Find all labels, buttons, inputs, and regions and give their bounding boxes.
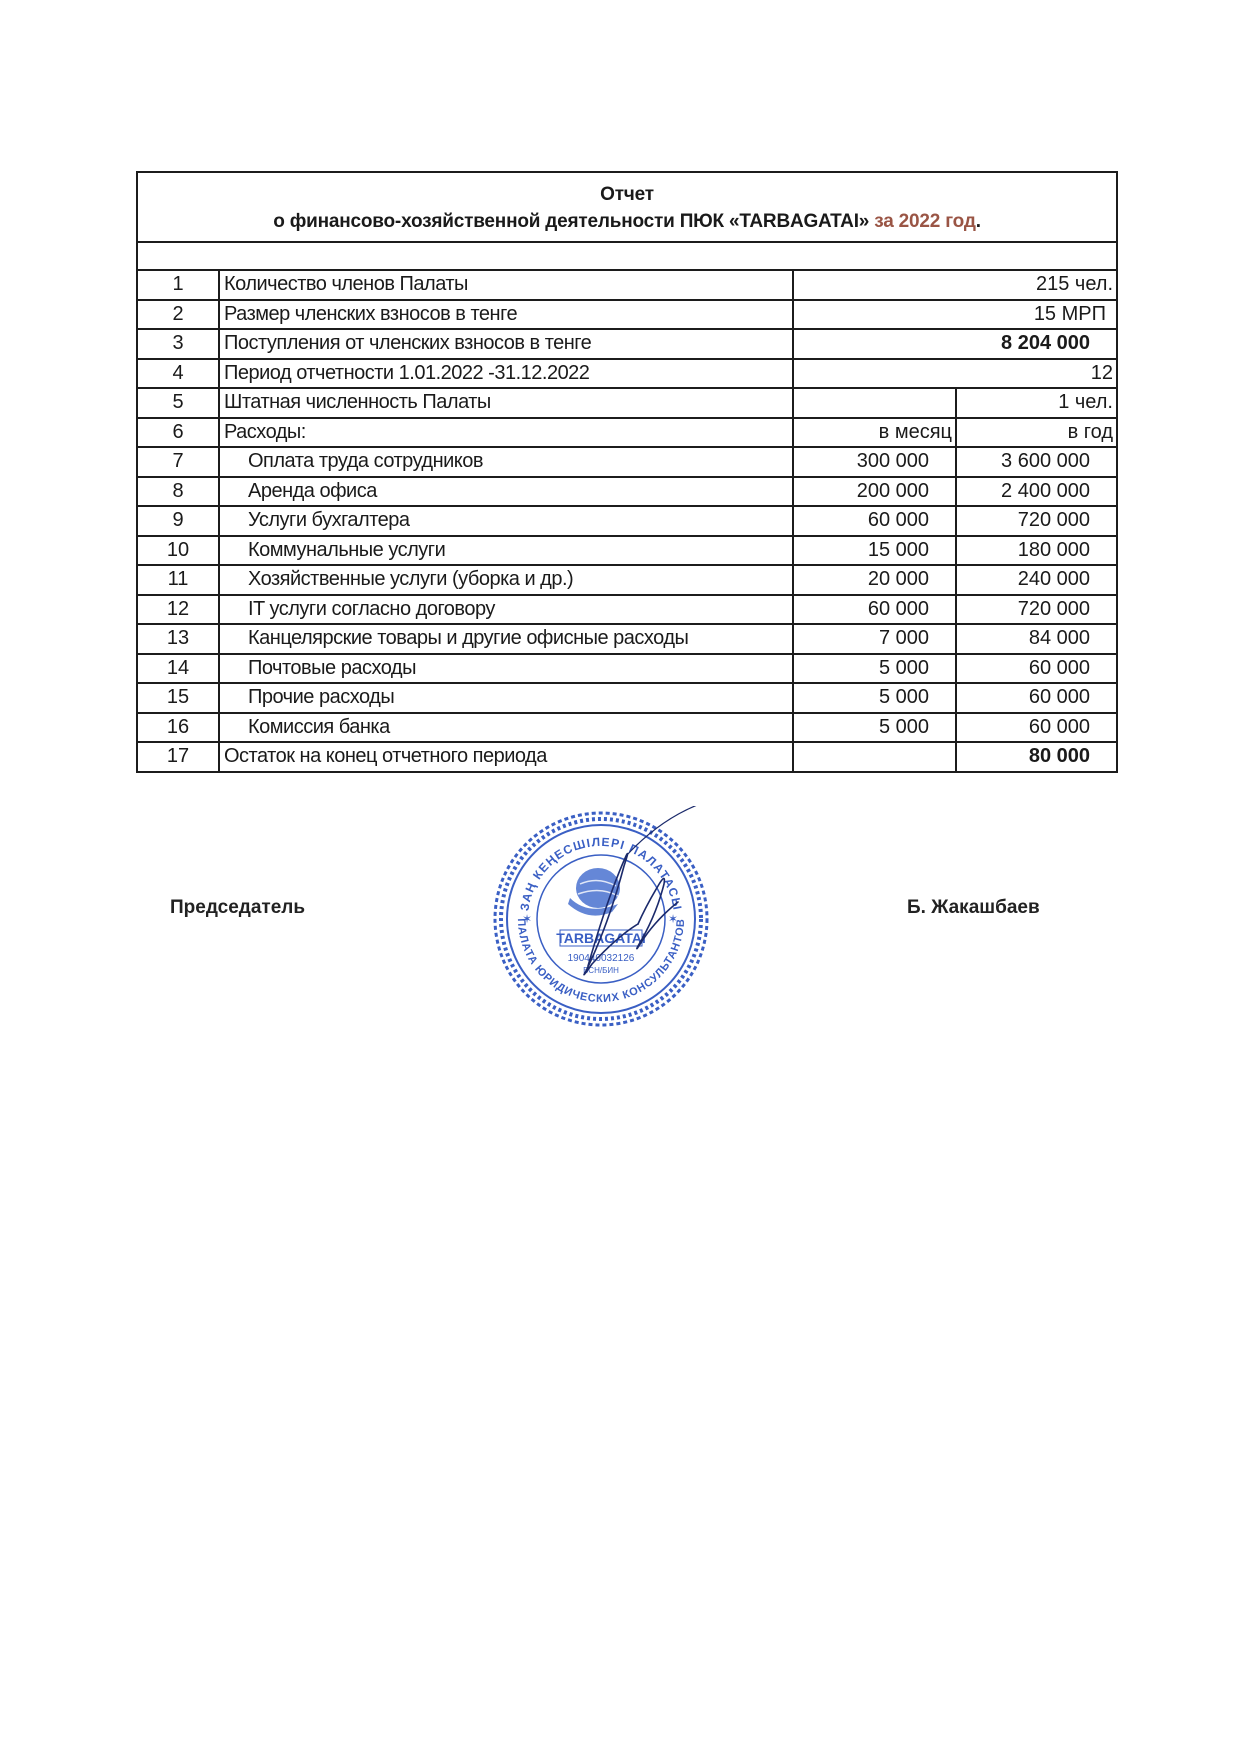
row-year-value: 180 000: [956, 536, 1117, 566]
table-row: 5 Штатная численность Палаты 1 чел.: [137, 388, 1117, 418]
row-number: 13: [137, 624, 219, 654]
row-month-value: 5 000: [793, 683, 956, 713]
row-month-value: 200 000: [793, 477, 956, 507]
title-period: .: [976, 211, 981, 232]
table-row: 4 Период отчетности 1.01.2022 -31.12.202…: [137, 359, 1117, 389]
row-month-value: 20 000: [793, 565, 956, 595]
row-number: 6: [137, 418, 219, 448]
row-month-value: 7 000: [793, 624, 956, 654]
row-label: Штатная численность Палаты: [219, 388, 793, 418]
row-month-value: 60 000: [793, 506, 956, 536]
signatory-position: Председатель: [170, 897, 305, 919]
title-year-accent: за 2022 год: [869, 211, 976, 232]
row-label: Размер членских взносов в тенге: [219, 300, 793, 330]
financial-report-table: Отчет о финансово-хозяйственной деятельн…: [136, 171, 1118, 773]
row-year-value: 720 000: [956, 506, 1117, 536]
row-year-value: 3 600 000: [956, 447, 1117, 477]
row-month-value: [793, 742, 956, 772]
row-month-value: [793, 388, 956, 418]
title-line-2: о финансово-хозяйственной деятельности П…: [142, 208, 1112, 235]
row-label: Хозяйственные услуги (уборка и др.): [219, 565, 793, 595]
table-row: 7 Оплата труда сотрудников 300 000 3 600…: [137, 447, 1117, 477]
table-row: 8 Аренда офиса 200 000 2 400 000: [137, 477, 1117, 507]
table-row: 13 Канцелярские товары и другие офисные …: [137, 624, 1117, 654]
title-row: Отчет о финансово-хозяйственной деятельн…: [137, 172, 1117, 242]
row-month-value: 5 000: [793, 654, 956, 684]
row-year-value: 720 000: [956, 595, 1117, 625]
title-main-text: о финансово-хозяйственной деятельности П…: [273, 211, 869, 232]
row-number: 14: [137, 654, 219, 684]
row-number: 9: [137, 506, 219, 536]
row-number: 11: [137, 565, 219, 595]
row-value: 12: [793, 359, 1117, 389]
row-number: 12: [137, 595, 219, 625]
table-row: 1 Количество членов Палаты 215 чел.: [137, 270, 1117, 300]
table-row: 3 Поступления от членских взносов в тенг…: [137, 329, 1117, 359]
row-year-value: 60 000: [956, 683, 1117, 713]
table-row: 16 Комиссия банка 5 000 60 000: [137, 713, 1117, 743]
column-header-year: в год: [956, 418, 1117, 448]
row-year-value: 84 000: [956, 624, 1117, 654]
row-label: Канцелярские товары и другие офисные рас…: [219, 624, 793, 654]
row-month-value: 300 000: [793, 447, 956, 477]
row-label: Расходы:: [219, 418, 793, 448]
table-row: 10 Коммунальные услуги 15 000 180 000: [137, 536, 1117, 566]
table-row: 15 Прочие расходы 5 000 60 000: [137, 683, 1117, 713]
row-number: 10: [137, 536, 219, 566]
row-number: 4: [137, 359, 219, 389]
row-label: Аренда офиса: [219, 477, 793, 507]
row-label: Комиссия банка: [219, 713, 793, 743]
row-number: 2: [137, 300, 219, 330]
column-header-month: в месяц: [793, 418, 956, 448]
row-label: Оплата труда сотрудников: [219, 447, 793, 477]
row-label: Услуги бухгалтера: [219, 506, 793, 536]
table-row-balance: 17 Остаток на конец отчетного периода 80…: [137, 742, 1117, 772]
blank-row: [137, 242, 1117, 270]
table-row: 12 IT услуги согласно договору 60 000 72…: [137, 595, 1117, 625]
row-value: 8 204 000: [793, 329, 1117, 359]
row-number: 3: [137, 329, 219, 359]
report-title: Отчет о финансово-хозяйственной деятельн…: [137, 172, 1117, 242]
row-year-value: 1 чел.: [956, 388, 1117, 418]
row-label: IT услуги согласно договору: [219, 595, 793, 625]
table-row: 9 Услуги бухгалтера 60 000 720 000: [137, 506, 1117, 536]
svg-text:✶: ✶: [668, 912, 678, 926]
table-row: 11 Хозяйственные услуги (уборка и др.) 2…: [137, 565, 1117, 595]
row-year-value: 240 000: [956, 565, 1117, 595]
row-year-value: 60 000: [956, 654, 1117, 684]
row-number: 17: [137, 742, 219, 772]
blank-cell: [137, 242, 1117, 270]
row-number: 1: [137, 270, 219, 300]
row-label: Остаток на конец отчетного периода: [219, 742, 793, 772]
table-row: 14 Почтовые расходы 5 000 60 000: [137, 654, 1117, 684]
row-number: 7: [137, 447, 219, 477]
table-row: 6 Расходы: в месяц в год: [137, 418, 1117, 448]
ending-balance-value: 80 000: [956, 742, 1117, 772]
row-month-value: 15 000: [793, 536, 956, 566]
row-label: Период отчетности 1.01.2022 -31.12.2022: [219, 359, 793, 389]
row-label: Почтовые расходы: [219, 654, 793, 684]
signatory-name: Б. Жакашбаев: [907, 897, 1040, 919]
row-month-value: 60 000: [793, 595, 956, 625]
table-row: 2 Размер членских взносов в тенге 15 МРП: [137, 300, 1117, 330]
row-label: Прочие расходы: [219, 683, 793, 713]
row-month-value: 5 000: [793, 713, 956, 743]
row-label: Поступления от членских взносов в тенге: [219, 329, 793, 359]
svg-text:✶: ✶: [522, 912, 532, 926]
row-number: 15: [137, 683, 219, 713]
row-value: 215 чел.: [793, 270, 1117, 300]
row-number: 16: [137, 713, 219, 743]
official-stamp-icon: ЗАҢ КЕҢЕСШІЛЕРІ ПАЛАТАСЫ ПАЛАТА ЮРИДИЧЕС…: [488, 806, 714, 1032]
row-year-value: 2 400 000: [956, 477, 1117, 507]
row-number: 8: [137, 477, 219, 507]
row-label: Количество членов Палаты: [219, 270, 793, 300]
row-value: 15 МРП: [793, 300, 1117, 330]
row-year-value: 60 000: [956, 713, 1117, 743]
row-number: 5: [137, 388, 219, 418]
title-line-1: Отчет: [142, 181, 1112, 208]
row-label: Коммунальные услуги: [219, 536, 793, 566]
